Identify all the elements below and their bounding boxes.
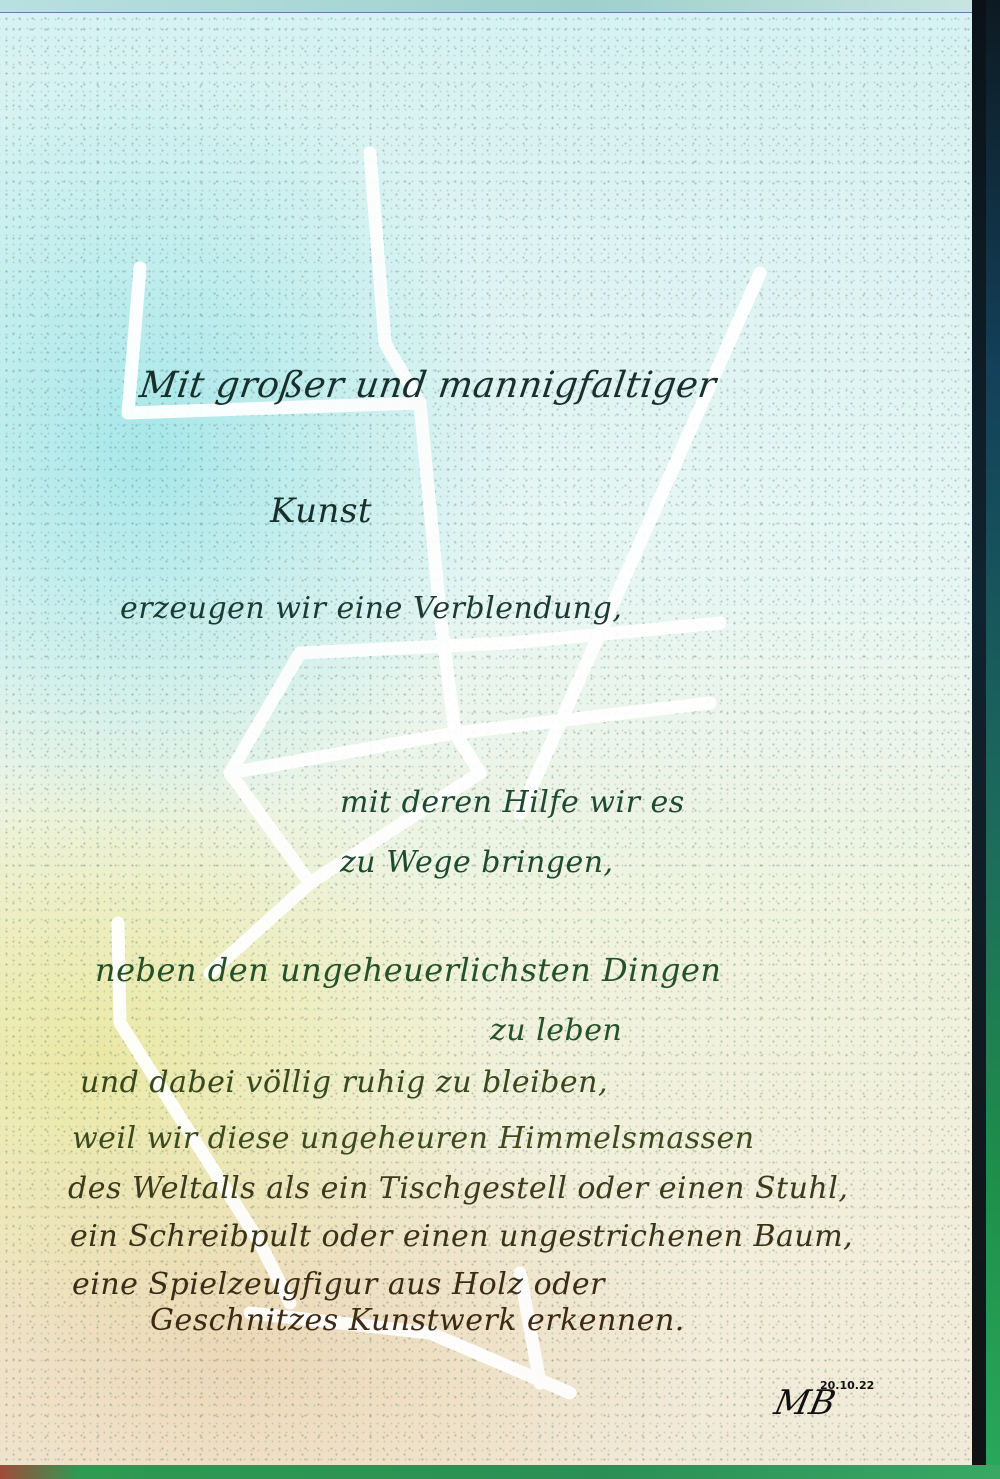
poem-line-8: und dabei völlig ruhig zu bleiben, [80, 1065, 608, 1100]
poem-line-1: Mit großer und mannigfaltiger [137, 365, 719, 406]
paper-sheet: Mit großer und mannigfaltiger Kunst erze… [0, 13, 972, 1465]
poem-line-6: neben den ungeheuerlichsten Dingen [95, 951, 722, 989]
poem-line-4: mit deren Hilfe wir es [340, 785, 685, 820]
poem-line-10: des Weltalls als ein Tischgestell oder e… [68, 1171, 848, 1206]
poem-line-3: erzeugen wir eine Verblendung, [120, 591, 622, 626]
poem-line-13: Geschnitzes Kunstwerk erkennen. [150, 1303, 685, 1338]
poem-line-5: zu Wege bringen, [340, 845, 614, 880]
scan-frame-top-edge [0, 0, 972, 14]
poem-line-12: eine Spielzeugfigur aus Holz oder [72, 1267, 605, 1302]
poem-line-7: zu leben [490, 1013, 622, 1048]
scan-frame-right-edge [972, 0, 1000, 1479]
poem-line-11: ein Schreibpult oder einen ungestrichene… [70, 1219, 853, 1254]
signature-date: 20.10.22 [820, 1379, 874, 1392]
poem-line-2: Kunst [270, 491, 372, 531]
scan-frame-bottom-edge [0, 1465, 1000, 1479]
poem-line-9: weil wir diese ungeheuren Himmelsmassen [72, 1121, 755, 1156]
